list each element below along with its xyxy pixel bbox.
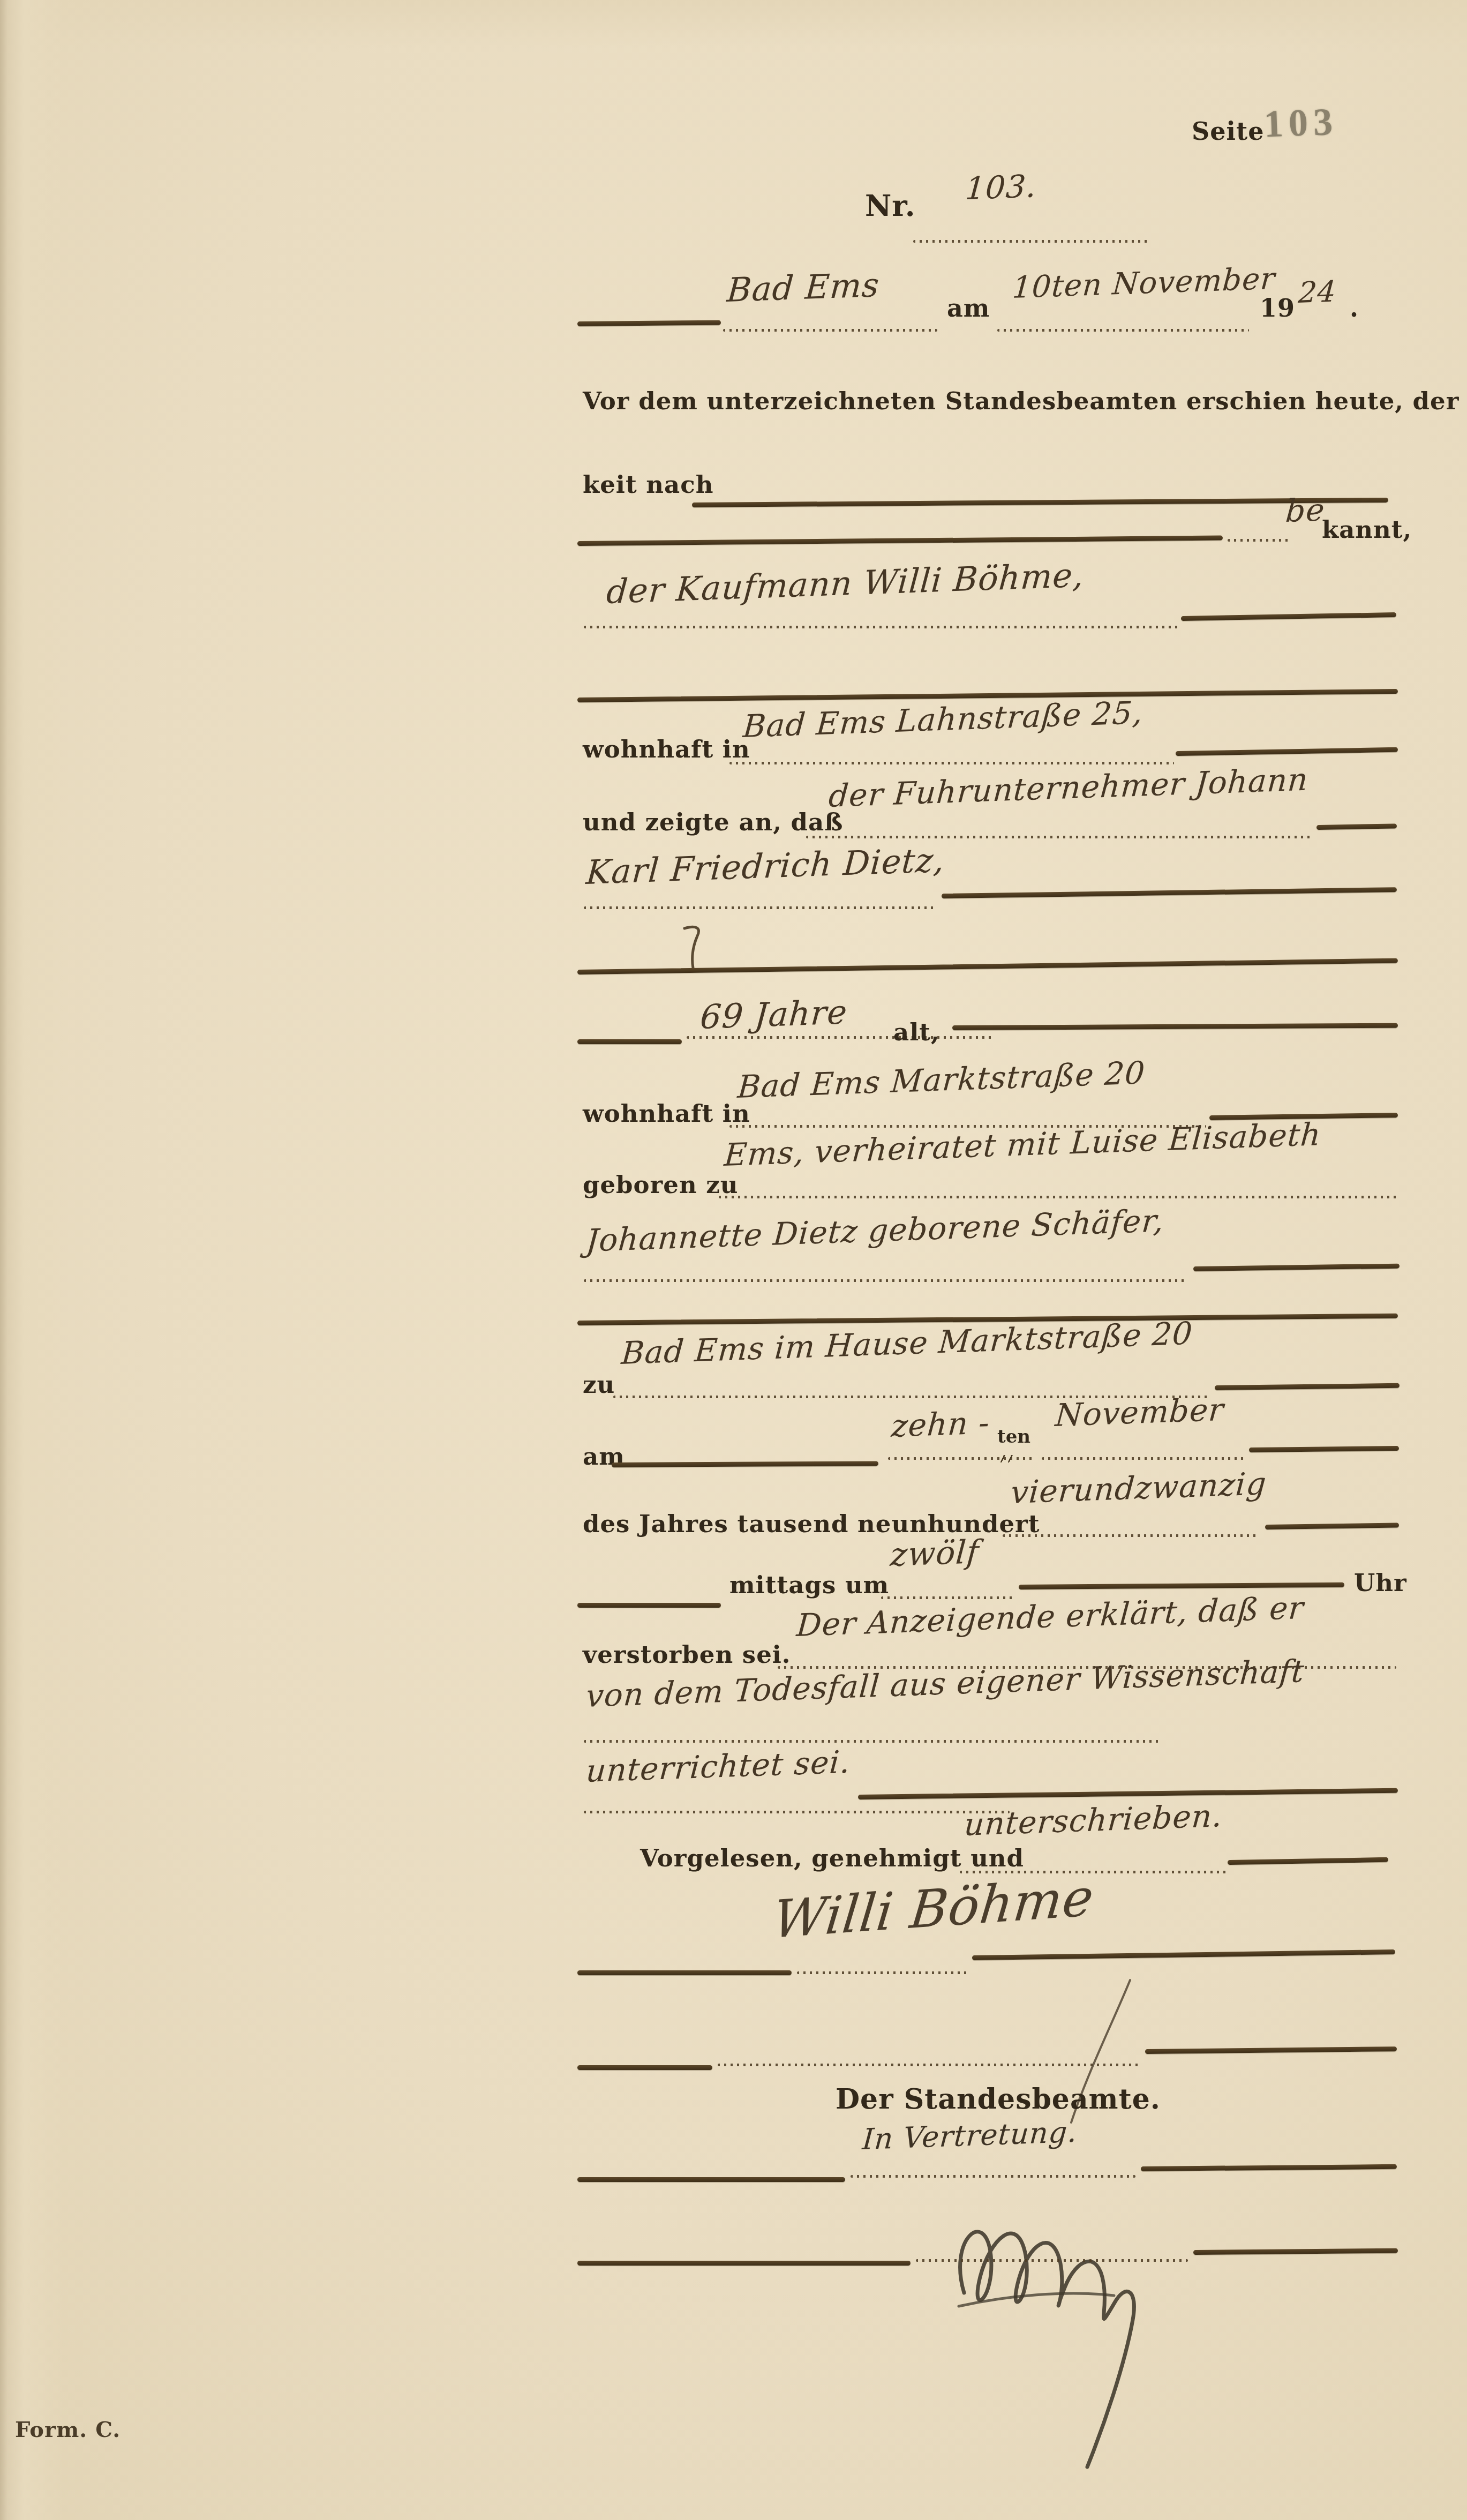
verstorben-label: verstorben sei. (583, 1640, 791, 1669)
declaration3-dots (584, 1811, 1010, 1813)
geboren-value1: Ems, verheiratet mit Luise Elisabeth (723, 1116, 1322, 1173)
vertretung-hand: In Vertretung. (861, 2115, 1079, 2156)
wohnhaft2-value: Bad Ems Marktstraße 20 (736, 1054, 1146, 1105)
bekannt-print: kannt, (1322, 515, 1412, 544)
dateline-place-line (723, 329, 937, 332)
declarant-signature: Willi Böhme (770, 1867, 1097, 1950)
death-month-dots (1042, 1457, 1244, 1460)
age-filler-bar-left (577, 1039, 682, 1044)
wohnhaft2-label: wohnhaft in (583, 1099, 750, 1128)
bekannt-dots (1228, 539, 1289, 542)
jahr-filler-bar (1265, 1523, 1399, 1529)
sig-rule2-dots (718, 2064, 1140, 2066)
page-label: Seite (1192, 117, 1264, 146)
jahr-value: vierundzwanzig (1010, 1465, 1268, 1511)
sig-rule1-left (577, 1970, 792, 1975)
record-number-value: 103. (964, 168, 1038, 207)
sig-rule2-left (577, 2065, 712, 2070)
death-place-filler-bar (1215, 1383, 1400, 1390)
document-scan-page: Seite 103 Nr. 103. Bad Ems am 10ten Nove… (0, 0, 1467, 2520)
dateline-date-line (997, 329, 1249, 332)
deceased-line1: der Fuhrunternehmer Johann (827, 761, 1310, 814)
sig-rule1-dots (797, 1971, 969, 1974)
declarant-filler-bar (1181, 612, 1396, 621)
time-filler-left (577, 1603, 721, 1608)
age-value: 69 Jahre (699, 992, 849, 1037)
ten-suffix: ten (997, 1426, 1030, 1447)
vorgelesen-filler-bar (1228, 1857, 1388, 1865)
anzeige-label: und zeigte an, daß (583, 808, 843, 836)
vertretung-rule-right (1141, 2164, 1397, 2171)
dateline-place: Bad Ems (726, 265, 881, 310)
wohnhaft1-filler-bar (1176, 747, 1398, 756)
anzeige-filler-bar (1316, 823, 1397, 830)
deceased-filler-bar (942, 887, 1397, 898)
vorgelesen-label: Vorgelesen, genehmigt und (640, 1844, 1024, 1872)
time-filler-right (1019, 1582, 1344, 1589)
age-dots (687, 1036, 995, 1039)
mittags-label: mittags um (729, 1571, 889, 1599)
geboren2-dots (584, 1279, 1188, 1282)
registrar-rule-right (1193, 2248, 1398, 2255)
vorgelesen-hand: unterschrieben. (963, 1797, 1224, 1843)
death-day-dots (888, 1457, 1033, 1460)
declarant-line: der Kaufmann Willi Böhme, (605, 556, 1085, 611)
deceased-line2: Karl Friedrich Dietz, (585, 840, 946, 892)
stray-ink-mark (679, 924, 711, 972)
jahr-dots (1003, 1534, 1259, 1537)
intro-line2: keit nach (583, 470, 713, 499)
sig-rule2-right (1145, 2046, 1397, 2054)
uhr-label: Uhr (1354, 1569, 1407, 1597)
form-label: Form. C. (15, 2417, 121, 2442)
time-dots (881, 1596, 1015, 1599)
anzeige-dots (806, 836, 1312, 838)
identity-blank-bar (692, 498, 1388, 507)
dateline-year-printed: 19 (1260, 294, 1295, 322)
wohnhaft1-dots (729, 762, 1174, 764)
geboren-dots (719, 1196, 1398, 1198)
death-day: zehn - (890, 1404, 991, 1444)
declarant-dots (584, 626, 1178, 628)
registrar-rule-dots (916, 2259, 1188, 2262)
standesbeamte-label: Der Standesbeamte. (836, 2083, 1161, 2116)
dateline-year-written: 24 (1297, 274, 1337, 310)
zu-label: zu (583, 1370, 615, 1399)
deceased-dots (584, 906, 937, 909)
wohnhaft1-value: Bad Ems Lahnstraße 25, (742, 694, 1145, 745)
intro-line1: Vor dem unterzeichneten Standesbeamten e… (583, 387, 1467, 415)
geboren-label: geboren zu (583, 1171, 739, 1199)
record-number-line (913, 240, 1149, 243)
page-number-stamp: 103 (1263, 100, 1339, 147)
geboren2-filler-bar (1193, 1264, 1400, 1271)
declaration2-dots (584, 1740, 1161, 1743)
bekannt-filler-bar (577, 535, 1223, 546)
death-month: November (1054, 1391, 1225, 1434)
declaration3: unterrichtet sei. (585, 1744, 852, 1789)
declaration3-filler-bar (858, 1788, 1398, 1799)
registrar-rule-left (577, 2261, 911, 2266)
dateline-period: . (1350, 294, 1359, 322)
age-label: alt, (893, 1018, 940, 1046)
sig-rule1-right (972, 1949, 1395, 1960)
time-value: zwölf (889, 1533, 980, 1574)
vertretung-rule-left (577, 2177, 845, 2182)
death-month-filler-bar (1249, 1446, 1399, 1452)
wohnhaft1-label: wohnhaft in (583, 735, 750, 763)
bekannt-hand: be (1284, 491, 1326, 529)
dateline-date-value: 10ten November (1011, 261, 1276, 305)
registrar-signature (927, 2175, 1205, 2475)
age-filler-bar-right (952, 1023, 1398, 1030)
death-day-filler-left (612, 1461, 878, 1467)
record-number-label: Nr. (865, 189, 916, 223)
dateline-filler-bar (577, 320, 721, 326)
geboren-value2: Johannette Dietz geborene Schäfer, (585, 1202, 1165, 1259)
dateline-am-label: am (947, 294, 990, 322)
